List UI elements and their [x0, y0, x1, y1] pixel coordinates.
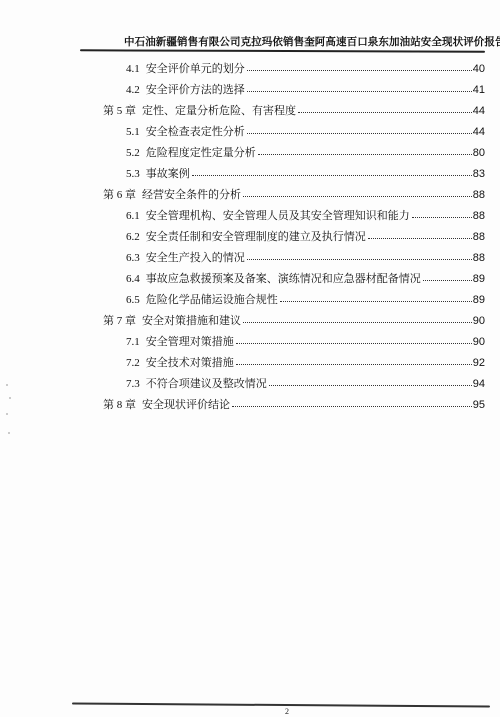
toc-entry-number: 6.4	[126, 273, 140, 285]
toc-entry-7-1[interactable]: 7.1 安全管理对策措施 90	[126, 333, 485, 351]
toc-entry-label: 不符合项建议及整改情况	[146, 375, 267, 391]
toc-entry-label: 安全生产投入的情况	[146, 249, 245, 265]
toc-entry-label: 危险程度定性定量分析	[146, 144, 256, 160]
toc-entry-number: 7.2	[126, 357, 140, 369]
toc-entry-number: 5.1	[126, 126, 140, 138]
toc-entry-page: 44	[473, 105, 485, 117]
toc-entry-label: 事故应急救援预案及备案、演练情况和应急器材配备情况	[146, 270, 421, 286]
toc-entry-label: 危险化学品储运设施合规性	[146, 291, 278, 307]
dot-leader	[236, 364, 472, 365]
toc-entry-label: 事故案例	[146, 165, 190, 181]
dot-leader	[247, 70, 472, 71]
dot-leader	[247, 91, 472, 92]
toc-entry-number: 6.2	[126, 231, 140, 243]
toc-entry-page: 89	[473, 273, 485, 285]
toc-entry-number: 第 8 章	[103, 396, 136, 412]
header-divider	[80, 49, 485, 52]
toc-entry-page: 88	[473, 210, 485, 222]
toc-entry-number: 7.3	[126, 378, 140, 390]
toc-entry-label: 定性、定量分析危险、有害程度	[142, 102, 296, 118]
footer-divider	[72, 703, 490, 708]
toc-entry-label: 安全现状评价结论	[142, 396, 230, 412]
toc-entry-7-3[interactable]: 7.3 不符合项建议及整改情况 94	[126, 375, 485, 393]
dot-leader	[412, 217, 472, 218]
toc-entry-5-3[interactable]: 5.3 事故案例 83	[126, 165, 485, 183]
dot-leader	[243, 322, 472, 323]
toc-entry-label: 安全对策措施和建议	[142, 312, 241, 328]
toc-entry-label: 经营安全条件的分析	[142, 186, 241, 202]
toc-entry-number: 6.1	[126, 210, 140, 222]
dot-leader	[258, 154, 472, 155]
dot-leader	[298, 112, 472, 113]
dot-leader	[269, 385, 472, 386]
toc-entry-label: 安全技术对策措施	[146, 354, 234, 370]
scan-artifact	[6, 384, 8, 386]
toc-entry-page: 89	[473, 294, 485, 306]
dot-leader	[247, 133, 472, 134]
scan-artifact	[8, 432, 10, 434]
toc-entry-7-2[interactable]: 7.2 安全技术对策措施 92	[126, 354, 485, 372]
toc-entry-number: 6.5	[126, 294, 140, 306]
toc-entry-6-1[interactable]: 6.1 安全管理机构、安全管理人员及其安全管理知识和能力 88	[126, 207, 485, 225]
toc-entry-chapter-5[interactable]: 第 5 章 定性、定量分析危险、有害程度 44	[103, 102, 485, 120]
toc-entry-page: 94	[473, 378, 485, 390]
toc-entry-page: 88	[473, 231, 485, 243]
document-page: 中石油新疆销售有限公司克拉玛依销售奎阿高速百口泉东加油站安全现状评价报告 4.1…	[0, 0, 500, 717]
toc-entry-page: 41	[473, 84, 485, 96]
toc-entry-number: 4.1	[126, 63, 140, 75]
toc-entry-page: 83	[473, 168, 485, 180]
toc-entry-page: 88	[473, 252, 485, 264]
scan-artifact	[9, 397, 11, 399]
scan-artifact	[6, 413, 8, 415]
toc-entry-page: 90	[473, 336, 485, 348]
toc-entry-page: 40	[473, 63, 485, 75]
toc-entry-6-3[interactable]: 6.3 安全生产投入的情况 88	[126, 249, 485, 267]
toc-entry-label: 安全责任制和安全管理制度的建立及执行情况	[146, 228, 366, 244]
dot-leader	[368, 238, 472, 239]
toc-entry-6-5[interactable]: 6.5 危险化学品储运设施合规性 89	[126, 291, 485, 309]
toc-entry-page: 95	[473, 399, 485, 411]
dot-leader	[280, 301, 472, 302]
dot-leader	[243, 196, 472, 197]
toc-entry-number: 5.2	[126, 147, 140, 159]
toc-entry-4-1[interactable]: 4.1 安全评价单元的划分 40	[126, 60, 485, 78]
toc-entry-label: 安全评价方法的选择	[146, 81, 245, 97]
toc-entry-page: 90	[473, 315, 485, 327]
footer-page-number: 2	[285, 707, 289, 716]
toc-entry-page: 92	[473, 357, 485, 369]
toc-entry-chapter-7[interactable]: 第 7 章 安全对策措施和建议 90	[103, 312, 485, 330]
toc-entry-number: 7.1	[126, 336, 140, 348]
dot-leader	[236, 343, 472, 344]
dot-leader	[247, 259, 472, 260]
document-header-title: 中石油新疆销售有限公司克拉玛依销售奎阿高速百口泉东加油站安全现状评价报告	[124, 34, 460, 49]
toc-entry-4-2[interactable]: 4.2 安全评价方法的选择 41	[126, 81, 485, 99]
dot-leader	[232, 406, 472, 407]
toc-entry-number: 5.3	[126, 168, 140, 180]
toc-entry-5-2[interactable]: 5.2 危险程度定性定量分析 80	[126, 144, 485, 162]
toc-entry-chapter-8[interactable]: 第 8 章 安全现状评价结论 95	[103, 396, 485, 414]
toc-entry-page: 88	[473, 189, 485, 201]
toc-entry-6-2[interactable]: 6.2 安全责任制和安全管理制度的建立及执行情况 88	[126, 228, 485, 246]
toc-entry-label: 安全管理对策措施	[146, 333, 234, 349]
toc-entry-number: 6.3	[126, 252, 140, 264]
dot-leader	[423, 280, 472, 281]
toc-entry-label: 安全评价单元的划分	[146, 60, 245, 76]
toc-entry-label: 安全管理机构、安全管理人员及其安全管理知识和能力	[146, 207, 410, 223]
toc-entry-number: 第 7 章	[103, 312, 136, 328]
dot-leader	[192, 175, 472, 176]
toc-entry-6-4[interactable]: 6.4 事故应急救援预案及备案、演练情况和应急器材配备情况 89	[126, 270, 485, 288]
toc-entry-number: 第 5 章	[103, 102, 136, 118]
toc-entry-page: 80	[473, 147, 485, 159]
toc-entry-5-1[interactable]: 5.1 安全检查表定性分析 44	[126, 123, 485, 141]
toc-entry-number: 第 6 章	[103, 186, 136, 202]
toc-entry-chapter-6[interactable]: 第 6 章 经营安全条件的分析 88	[103, 186, 485, 204]
toc-entry-label: 安全检查表定性分析	[146, 123, 245, 139]
toc-entry-number: 4.2	[126, 84, 140, 96]
toc-entry-page: 44	[473, 126, 485, 138]
